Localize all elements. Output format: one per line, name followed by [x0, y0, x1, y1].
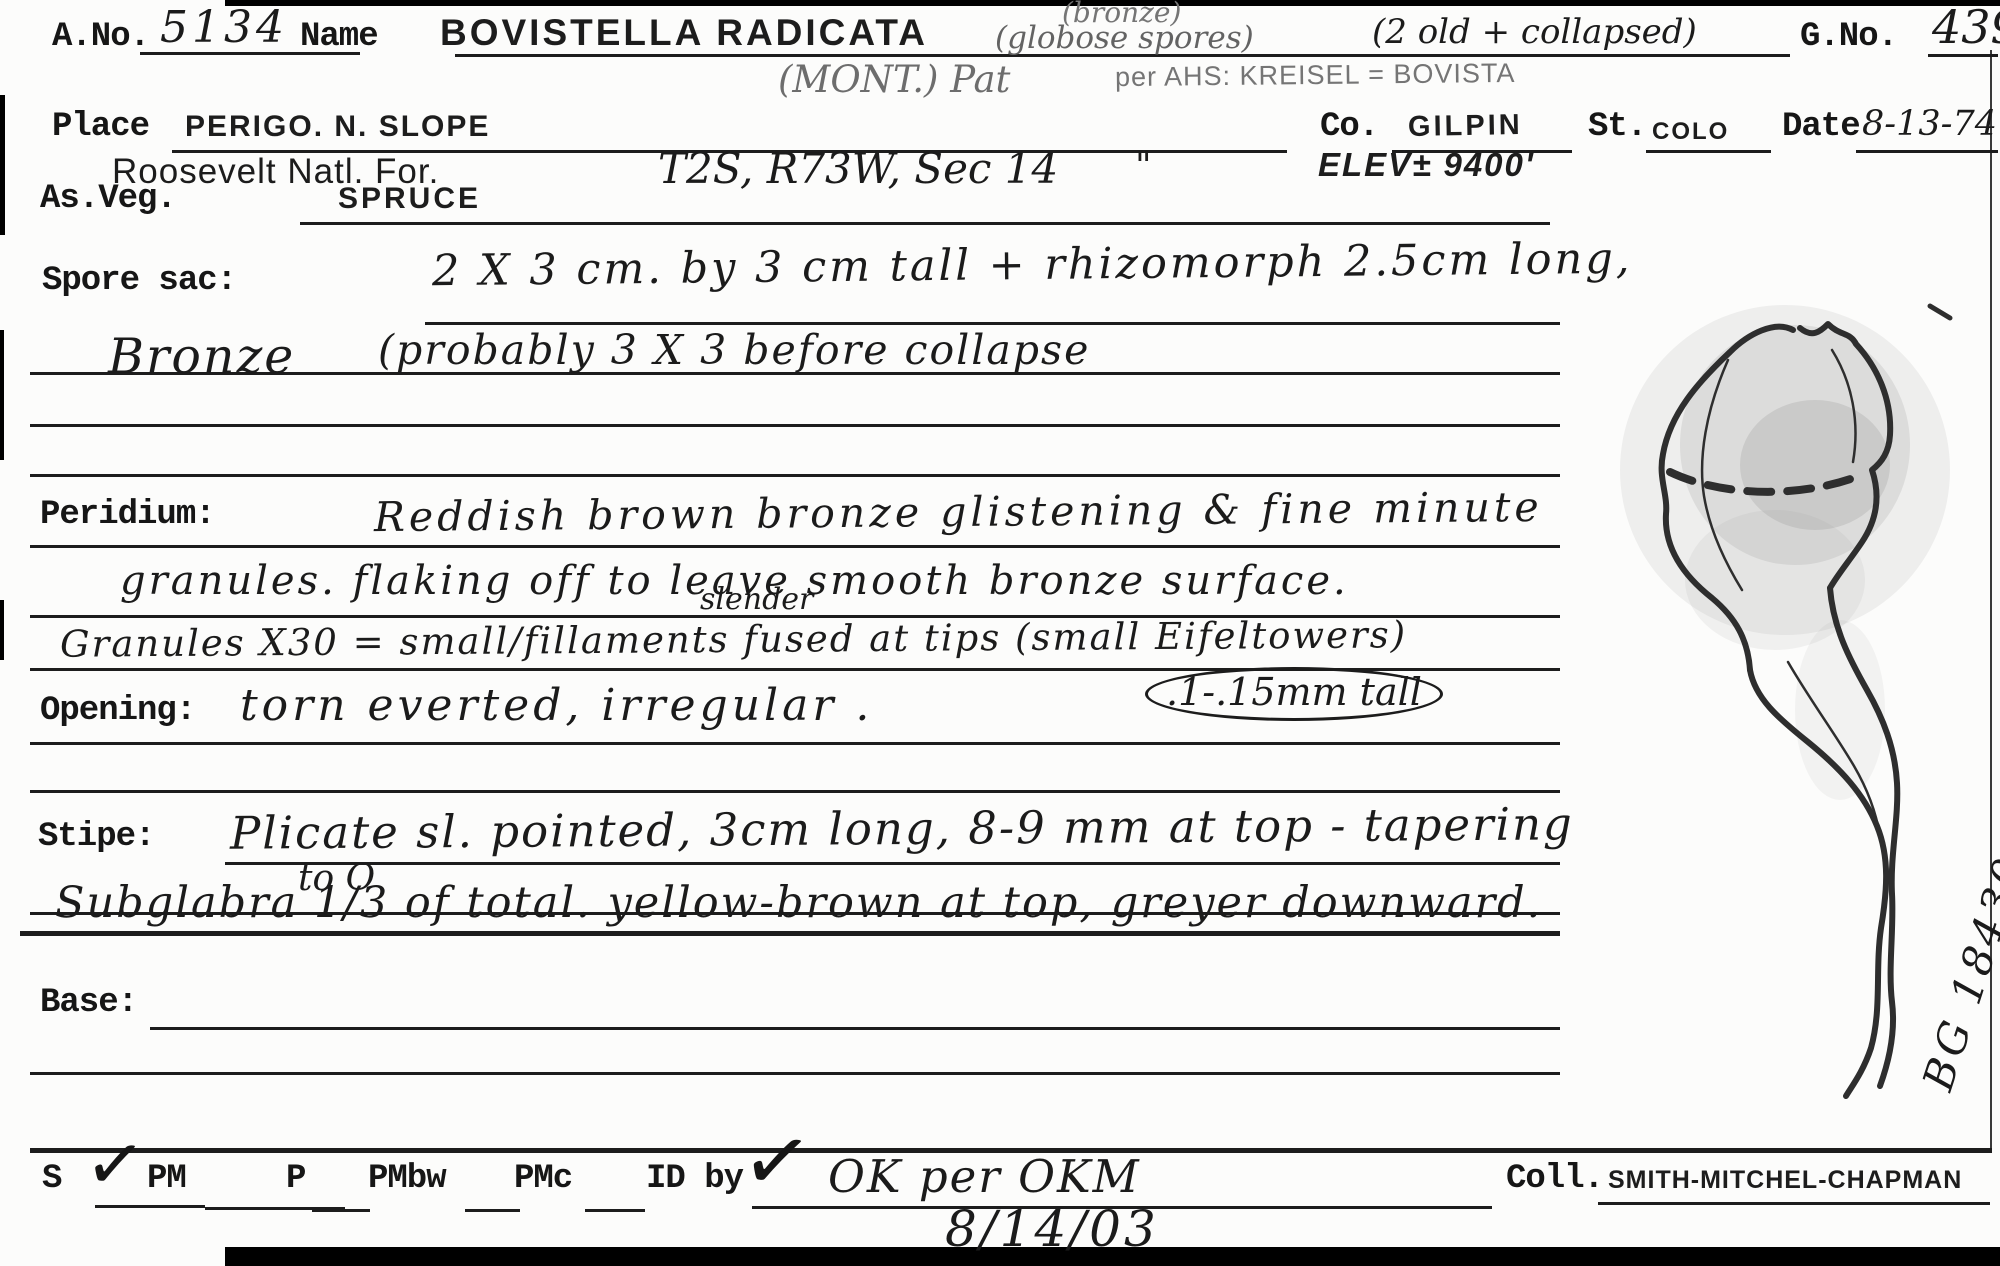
elevation-value: ELEV± 9400' [1318, 146, 1535, 184]
spore-sac-line2: (probably 3 X 3 before collapse [378, 326, 1090, 374]
granules-size-note: .1-.15mm tall [1145, 670, 1443, 714]
date-label: Date [1782, 108, 1860, 146]
spore-sac-label: Spore sac: [42, 262, 236, 300]
ruled-line [30, 1072, 1560, 1075]
as-veg-value: SPRUCE [338, 182, 481, 216]
color-note: Bronze [108, 328, 295, 385]
date-value: 8-13-74 [1862, 104, 1997, 144]
ruled-line [585, 1209, 645, 1212]
id-by-label: ID by [646, 1160, 743, 1198]
place-label: Place [52, 108, 149, 146]
ruled-line [1598, 1202, 1990, 1205]
p-label: P [286, 1160, 305, 1198]
granules-insert: slender [700, 582, 813, 617]
place-value: PERIGO. N. SLOPE [185, 110, 490, 144]
specimen-card: A.No. 5134 Name BOVISTELLA RADICATA (bro… [0, 0, 2000, 1266]
peridium-line1: Reddish brown bronze glistening & fine m… [374, 483, 1543, 541]
ruled-line [30, 742, 1560, 745]
ruled-line [300, 222, 1550, 225]
note-condition: (2 old + collapsed) [1372, 12, 1697, 52]
township-value: T2S, R73W, Sec 14 [658, 144, 1058, 193]
coll-label: Coll. [1506, 1160, 1603, 1198]
a-no-value: 5134 [160, 2, 288, 53]
name-value: BOVISTELLA RADICATA [440, 12, 928, 54]
id-value: OK per OKM [828, 1150, 1141, 1203]
note-spores: (globose spores) [995, 20, 1254, 56]
ruled-line [312, 1209, 370, 1212]
s-checkmark: ✓ [81, 1119, 150, 1209]
scan-edge-left-2 [0, 330, 4, 460]
scan-edge-left-3 [0, 600, 4, 660]
spore-sac-line1: 2 X 3 cm. by 3 cm tall + rhizomorph 2.5c… [432, 234, 1633, 297]
ruled-line [425, 322, 1560, 325]
s-label: S [42, 1160, 61, 1198]
coll-value: SMITH-MITCHEL-CHAPMAN [1608, 1166, 1962, 1195]
state-value: COLO [1652, 118, 1729, 146]
stipe-label: Stipe: [38, 818, 154, 856]
granules-line: Granules X30 = small/fillaments fused at… [60, 613, 1407, 665]
as-veg-label: As.Veg. [40, 180, 176, 218]
ruled-line [20, 931, 1560, 936]
stipe-line2: Subglabra 1/3 of total. yellow-brown at … [55, 878, 1542, 928]
ditto-mark: " [1135, 146, 1152, 187]
pmc-label: PMc [514, 1160, 572, 1198]
ruled-line [465, 1209, 520, 1212]
opening-label: Opening: [40, 692, 195, 730]
specimen-sketch [1600, 280, 2000, 1120]
stipe-line1: Plicate sl. pointed, 3cm long, 8-9 mm at… [230, 797, 1574, 859]
ruled-line [30, 545, 1560, 548]
ruled-line [30, 790, 1560, 793]
base-label: Base: [40, 984, 137, 1022]
g-no-label: G.No. [1800, 18, 1897, 56]
id-checkmark: ✓ [736, 1108, 819, 1215]
peridium-label: Peridium: [40, 496, 215, 534]
opening-value: torn everted, irregular . [240, 680, 873, 731]
ruled-line [225, 862, 1560, 865]
pm-label: PM [147, 1160, 186, 1198]
ruled-line [1646, 150, 1771, 153]
id-date: 8/14/03 [945, 1200, 1159, 1258]
name-label: Name [300, 18, 378, 56]
synonym-note: per AHS: KREISEL = BOVISTA [1115, 58, 1516, 93]
ruled-line [1928, 54, 1998, 57]
ruled-line [30, 474, 1560, 477]
scan-edge-left-1 [0, 95, 5, 235]
county-label: Co. [1320, 108, 1378, 146]
g-no-value: 439 [1932, 0, 2000, 54]
pmbw-label: PMbw [368, 1160, 446, 1198]
authority-note: (MONT.) Pat [778, 58, 1010, 101]
state-label: St. [1588, 108, 1646, 146]
a-no-label: A.No. [52, 18, 149, 56]
ruled-line [30, 424, 1560, 427]
size-note-circle: .1-.15mm tall [1145, 667, 1443, 721]
ruled-line [1856, 150, 1998, 153]
county-value: GILPIN [1408, 109, 1523, 144]
ruled-line [150, 1027, 1560, 1030]
